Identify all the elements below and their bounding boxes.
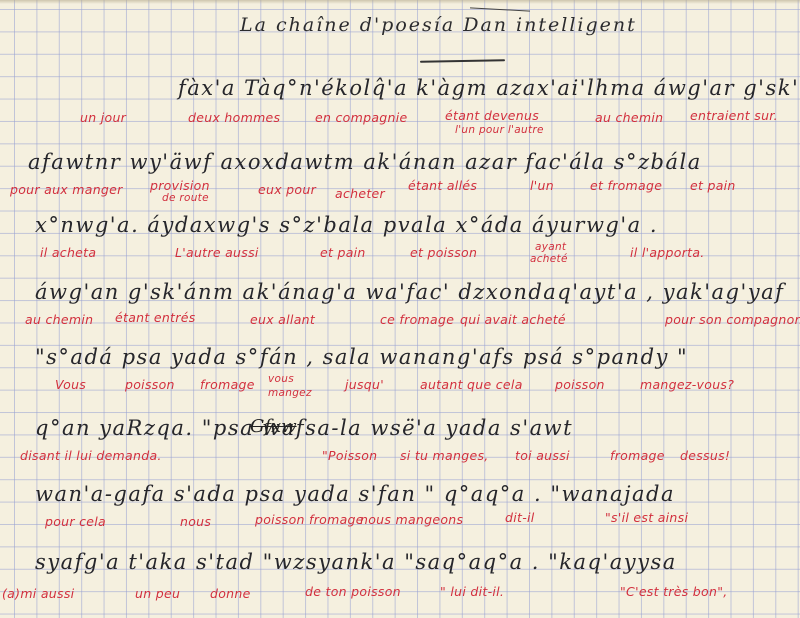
french-gloss: étant devenus (445, 108, 539, 123)
french-gloss: nous (180, 514, 211, 529)
page-title: La chaîne d'poesía Dan intelligent (240, 14, 637, 36)
french-gloss: de route (162, 192, 209, 204)
french-gloss: autant que cela (420, 377, 523, 392)
french-gloss: mangez-vous? (640, 377, 734, 392)
french-gloss: "Poisson (322, 448, 377, 463)
french-gloss: et pain (690, 178, 736, 193)
french-gloss: eux allant (250, 312, 315, 327)
french-gloss: poisson fromage (255, 512, 364, 527)
french-gloss: Vous (55, 377, 86, 392)
title-overline-stroke (470, 7, 530, 11)
conlang-text: x°nwg'a. áydaxwg's s°z'bala pvala x°áda … (35, 213, 658, 237)
french-gloss: " lui dit-il. (440, 584, 504, 599)
french-gloss: au chemin (25, 312, 93, 327)
conlang-text: "s°adá psa yada s°fán , sala wanang'afs … (35, 345, 688, 369)
french-gloss: acheté (530, 253, 568, 265)
french-gloss: dit-il (505, 510, 535, 525)
french-gloss: fromage (610, 448, 665, 463)
french-gloss: L'autre aussi (175, 245, 259, 260)
conlang-text: fàx'a Tàq°n'ékolq̂'a k'àgm azax'ai'lhma … (178, 76, 800, 100)
french-gloss: mangez (268, 387, 312, 399)
french-gloss: et fromage (590, 178, 662, 193)
french-gloss: étant allés (408, 178, 477, 193)
french-gloss: au chemin (595, 110, 663, 125)
french-gloss: deux hommes (188, 110, 280, 125)
french-gloss: il l'apporta. (630, 245, 705, 260)
french-gloss: entraient sur. (690, 108, 778, 123)
french-gloss: pour son compagnon: (665, 312, 800, 327)
french-gloss: et poisson (410, 245, 477, 260)
french-gloss: donne (210, 586, 251, 601)
conlang-text: wan'a-gafa s'ada psa yada s'fan " q°aq°a… (35, 482, 675, 506)
conlang-text: afawtnr wy'äwf axoxdawtm ak'ánan azar fa… (28, 150, 702, 174)
french-gloss: de ton poisson (305, 584, 401, 599)
french-gloss: dessus! (680, 448, 730, 463)
french-gloss: étant entrés (115, 310, 196, 325)
french-gloss: ce fromage (380, 312, 454, 327)
french-gloss: nous mangeons (360, 512, 463, 527)
french-gloss: toi aussi (515, 448, 570, 463)
french-gloss: l'un pour l'autre (455, 124, 544, 136)
french-gloss: (a)mi aussi (2, 586, 74, 601)
french-gloss: un peu (135, 586, 180, 601)
french-gloss: vous (268, 373, 294, 385)
french-gloss: fromage (200, 377, 255, 392)
conlang-text: syafg'a t'aka s'tad "wzsyank'a "saq°aq°a… (35, 550, 677, 574)
struck-out-word: Gfxw (250, 416, 297, 437)
french-gloss: provision (150, 178, 210, 193)
manuscript-page: La chaîne d'poesía Dan intelligent fàx'a… (0, 0, 800, 618)
french-gloss: en compagnie (315, 110, 408, 125)
french-gloss: disant il lui demanda. (20, 448, 162, 463)
french-gloss: il acheta (40, 245, 96, 260)
french-gloss: jusqu' (345, 377, 384, 392)
french-gloss: poisson (555, 377, 605, 392)
french-gloss: si tu manges, (400, 448, 489, 463)
french-gloss: "C'est très bon", (620, 584, 728, 599)
french-gloss: "s'il est ainsi (605, 510, 688, 525)
french-gloss: acheter (335, 186, 385, 201)
french-gloss: pour cela (45, 514, 106, 529)
french-gloss: un jour (80, 110, 126, 125)
french-gloss: poisson (125, 377, 175, 392)
french-gloss: qui avait acheté (460, 312, 566, 327)
title-underline (420, 59, 505, 62)
conlang-text: q°an yaRzqa. "psa wafsa-la wsë'a yada s'… (35, 416, 573, 440)
french-gloss: pour aux manger (10, 182, 123, 197)
french-gloss: l'un (530, 178, 554, 193)
french-gloss: et pain (320, 245, 366, 260)
conlang-text: áwg'an g'sk'ánm ak'ánag'a wa'fac' dzxond… (35, 280, 784, 304)
french-gloss: ayant (535, 241, 566, 253)
french-gloss: eux pour (258, 182, 316, 197)
